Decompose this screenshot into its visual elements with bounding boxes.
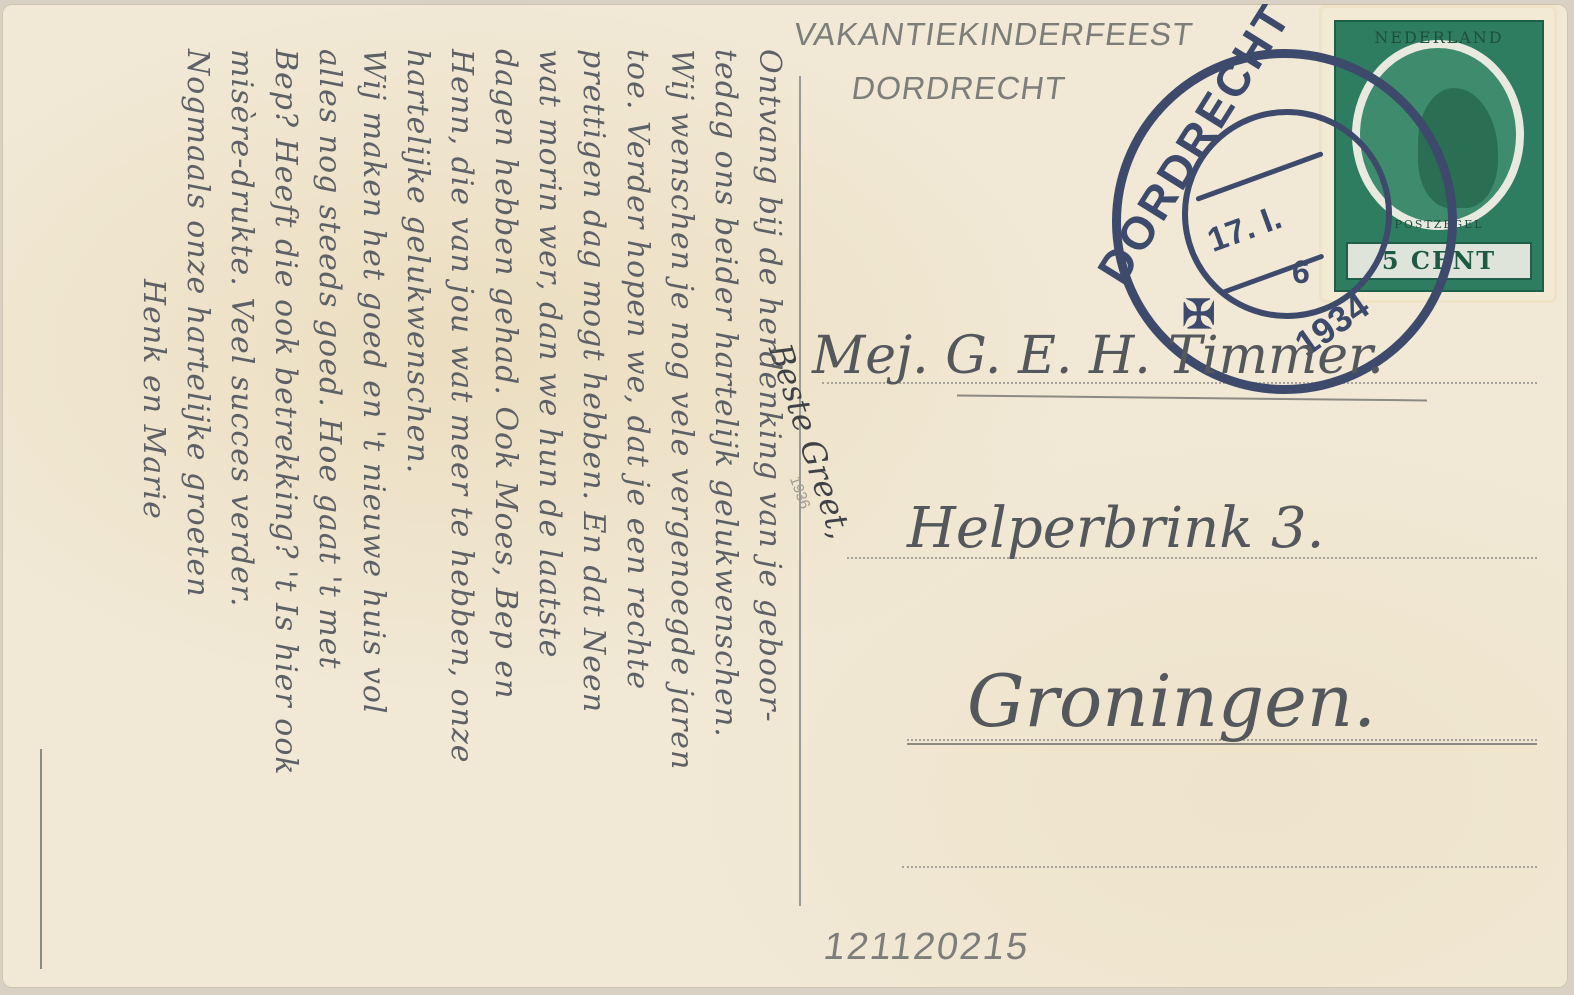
inventory-number: 121120215 — [821, 926, 1032, 969]
message-line: tedag ons beider hartelijk gelukwenschen… — [708, 49, 743, 738]
recipient-street: Helperbrink 3. — [907, 496, 1324, 561]
recipient-name: Mej. G. E. H. Timmer. — [812, 326, 1384, 386]
message-line: Henn, die van jou wat meer te hebben, on… — [444, 49, 479, 764]
city-underline — [907, 743, 1537, 745]
signature-underline — [40, 749, 44, 969]
message-line: alles nog steeds goed. Hoe gaat 't met — [312, 49, 347, 669]
recipient-city: Groningen. — [967, 659, 1376, 743]
message-line: wat morin wer, dan we hun de laatste — [532, 49, 567, 659]
message-line: Nogmaals onze hartelijke groeten — [180, 49, 215, 598]
pencil-note-line2: DORDRECHT — [849, 70, 1068, 107]
stamp-country: NEDERLAND — [1336, 28, 1542, 47]
message-line: toe. Verder hopen we, dat je een rechte — [620, 49, 655, 690]
message-line: dagen hebben gehad. Ook Moes, Bep en — [488, 49, 523, 699]
message-line: prettigen dag mogt hebben. En dat Neen — [576, 49, 611, 713]
postcard-back: VAKANTIEKINDERFEEST DORDRECHT 121120215 … — [2, 4, 1568, 988]
message-signature: Henk en Marie — [136, 279, 171, 520]
message-line: Wij maken het goed en 't nieuwe huis vol — [356, 49, 391, 714]
handwritten-message: Ontvang bij de herdenking van je geboor-… — [87, 49, 787, 988]
pencil-note-line1: VAKANTIEKINDERFEEST — [791, 16, 1195, 53]
message-line: Bep? Heeft die ook betrekking? 't Is hie… — [268, 49, 303, 776]
address-line-4 — [902, 866, 1537, 868]
message-line: hartelijke gelukwenschen. — [400, 49, 435, 474]
message-line: Wij wenschen je nog vele vergenoegde jar… — [664, 49, 699, 770]
message-line: misère-drukte. Veel succes verder. — [224, 49, 259, 608]
name-underline — [957, 395, 1427, 402]
message-line: Ontvang bij de herdenking van je geboor- — [752, 49, 787, 723]
